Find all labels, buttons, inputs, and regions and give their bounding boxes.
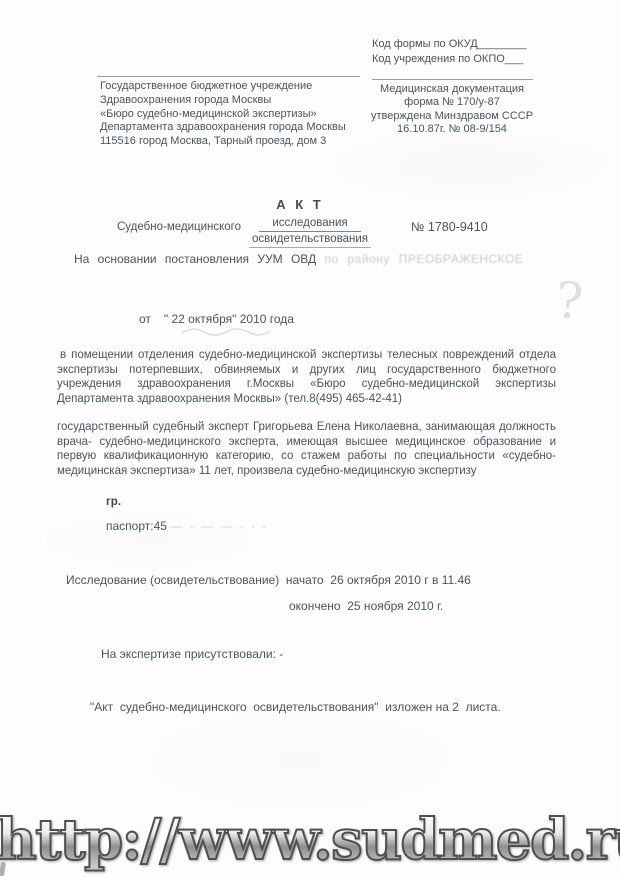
date-line: от" 22 октября" 2010 года — [139, 312, 294, 326]
exam-start-line: Исследование (освидетельствование) начат… — [66, 573, 471, 587]
title-kind-label: Судебно-медицинского — [117, 221, 241, 233]
sudmed-watermark: http://www.sudmed.ru — [0, 812, 620, 868]
org-line: Государственное бюджетное учреждение — [100, 80, 370, 94]
doc-block-overline — [372, 79, 533, 80]
citizen-label: гр. — [106, 496, 121, 508]
scanned-document-page: Код формы по ОКУД________ Код учреждения… — [0, 0, 620, 877]
title-fraction: исследования освидетельствования — [249, 216, 371, 248]
document-number: № 1780-9410 — [411, 220, 488, 234]
document-title: А К Т — [10, 197, 590, 212]
okud-code-line: Код формы по ОКУД________ — [372, 37, 527, 52]
passport-erased-digits: — - — — - - - — [170, 519, 268, 533]
passport-line: паспорт:45 — - — — - - - — [106, 519, 268, 533]
expert-paragraph: государственный судебный эксперт Григорь… — [57, 420, 556, 478]
org-line: 115516 город Москва, Тарный проезд, дом … — [100, 135, 370, 149]
organization-block: Государственное бюджетное учреждение Здр… — [100, 80, 370, 149]
basis-erased-text: по району ПРЕОБРАЖЕНСКОЕ — [325, 252, 524, 266]
date-prefix: от — [139, 312, 151, 326]
basis-text: На основании постановления УУМ ОВД — [74, 252, 316, 266]
basis-line: На основании постановления УУМ ОВД по ра… — [74, 252, 523, 266]
org-block-overline — [97, 76, 360, 77]
pages-count-line: "Акт судебно-медицинского освидетельство… — [90, 700, 501, 714]
doc-line: форма № 170/у-87 — [366, 96, 538, 109]
org-line: Здравоохранения города Москвы — [100, 94, 370, 108]
exam-end-line: окончено 25 ноября 2010 г. — [289, 599, 443, 613]
location-paragraph: в помещении отделения судебно-медицинско… — [57, 348, 556, 406]
passport-label: паспорт:45 — [106, 519, 167, 533]
doc-line: 16.10.87г. № 08-9/154 — [366, 123, 538, 136]
form-codes-block: Код формы по ОКУД________ Код учреждения… — [372, 37, 527, 67]
pen-squiggle — [182, 327, 272, 337]
doc-line: Медицинская документация — [366, 83, 538, 96]
date-value: " 22 октября" 2010 года — [164, 312, 294, 326]
okpo-code-line: Код учреждения по ОКПО___ — [372, 52, 527, 67]
pen-question-mark: ? — [554, 271, 585, 331]
org-line: «Бюро судебно-медицинской экспертизы» — [100, 108, 370, 122]
medical-doc-block: Медицинская документация форма № 170/у-8… — [366, 83, 538, 137]
attendees-line: На экспертизе присутствовали: - — [101, 647, 283, 661]
fraction-bottom-word: освидетельствования — [249, 232, 371, 248]
fraction-top-word: исследования — [259, 216, 360, 232]
org-line: Департамента здравоохранения города Моск… — [100, 121, 370, 135]
doc-line: утверждена Минздравом СССР — [366, 110, 538, 123]
